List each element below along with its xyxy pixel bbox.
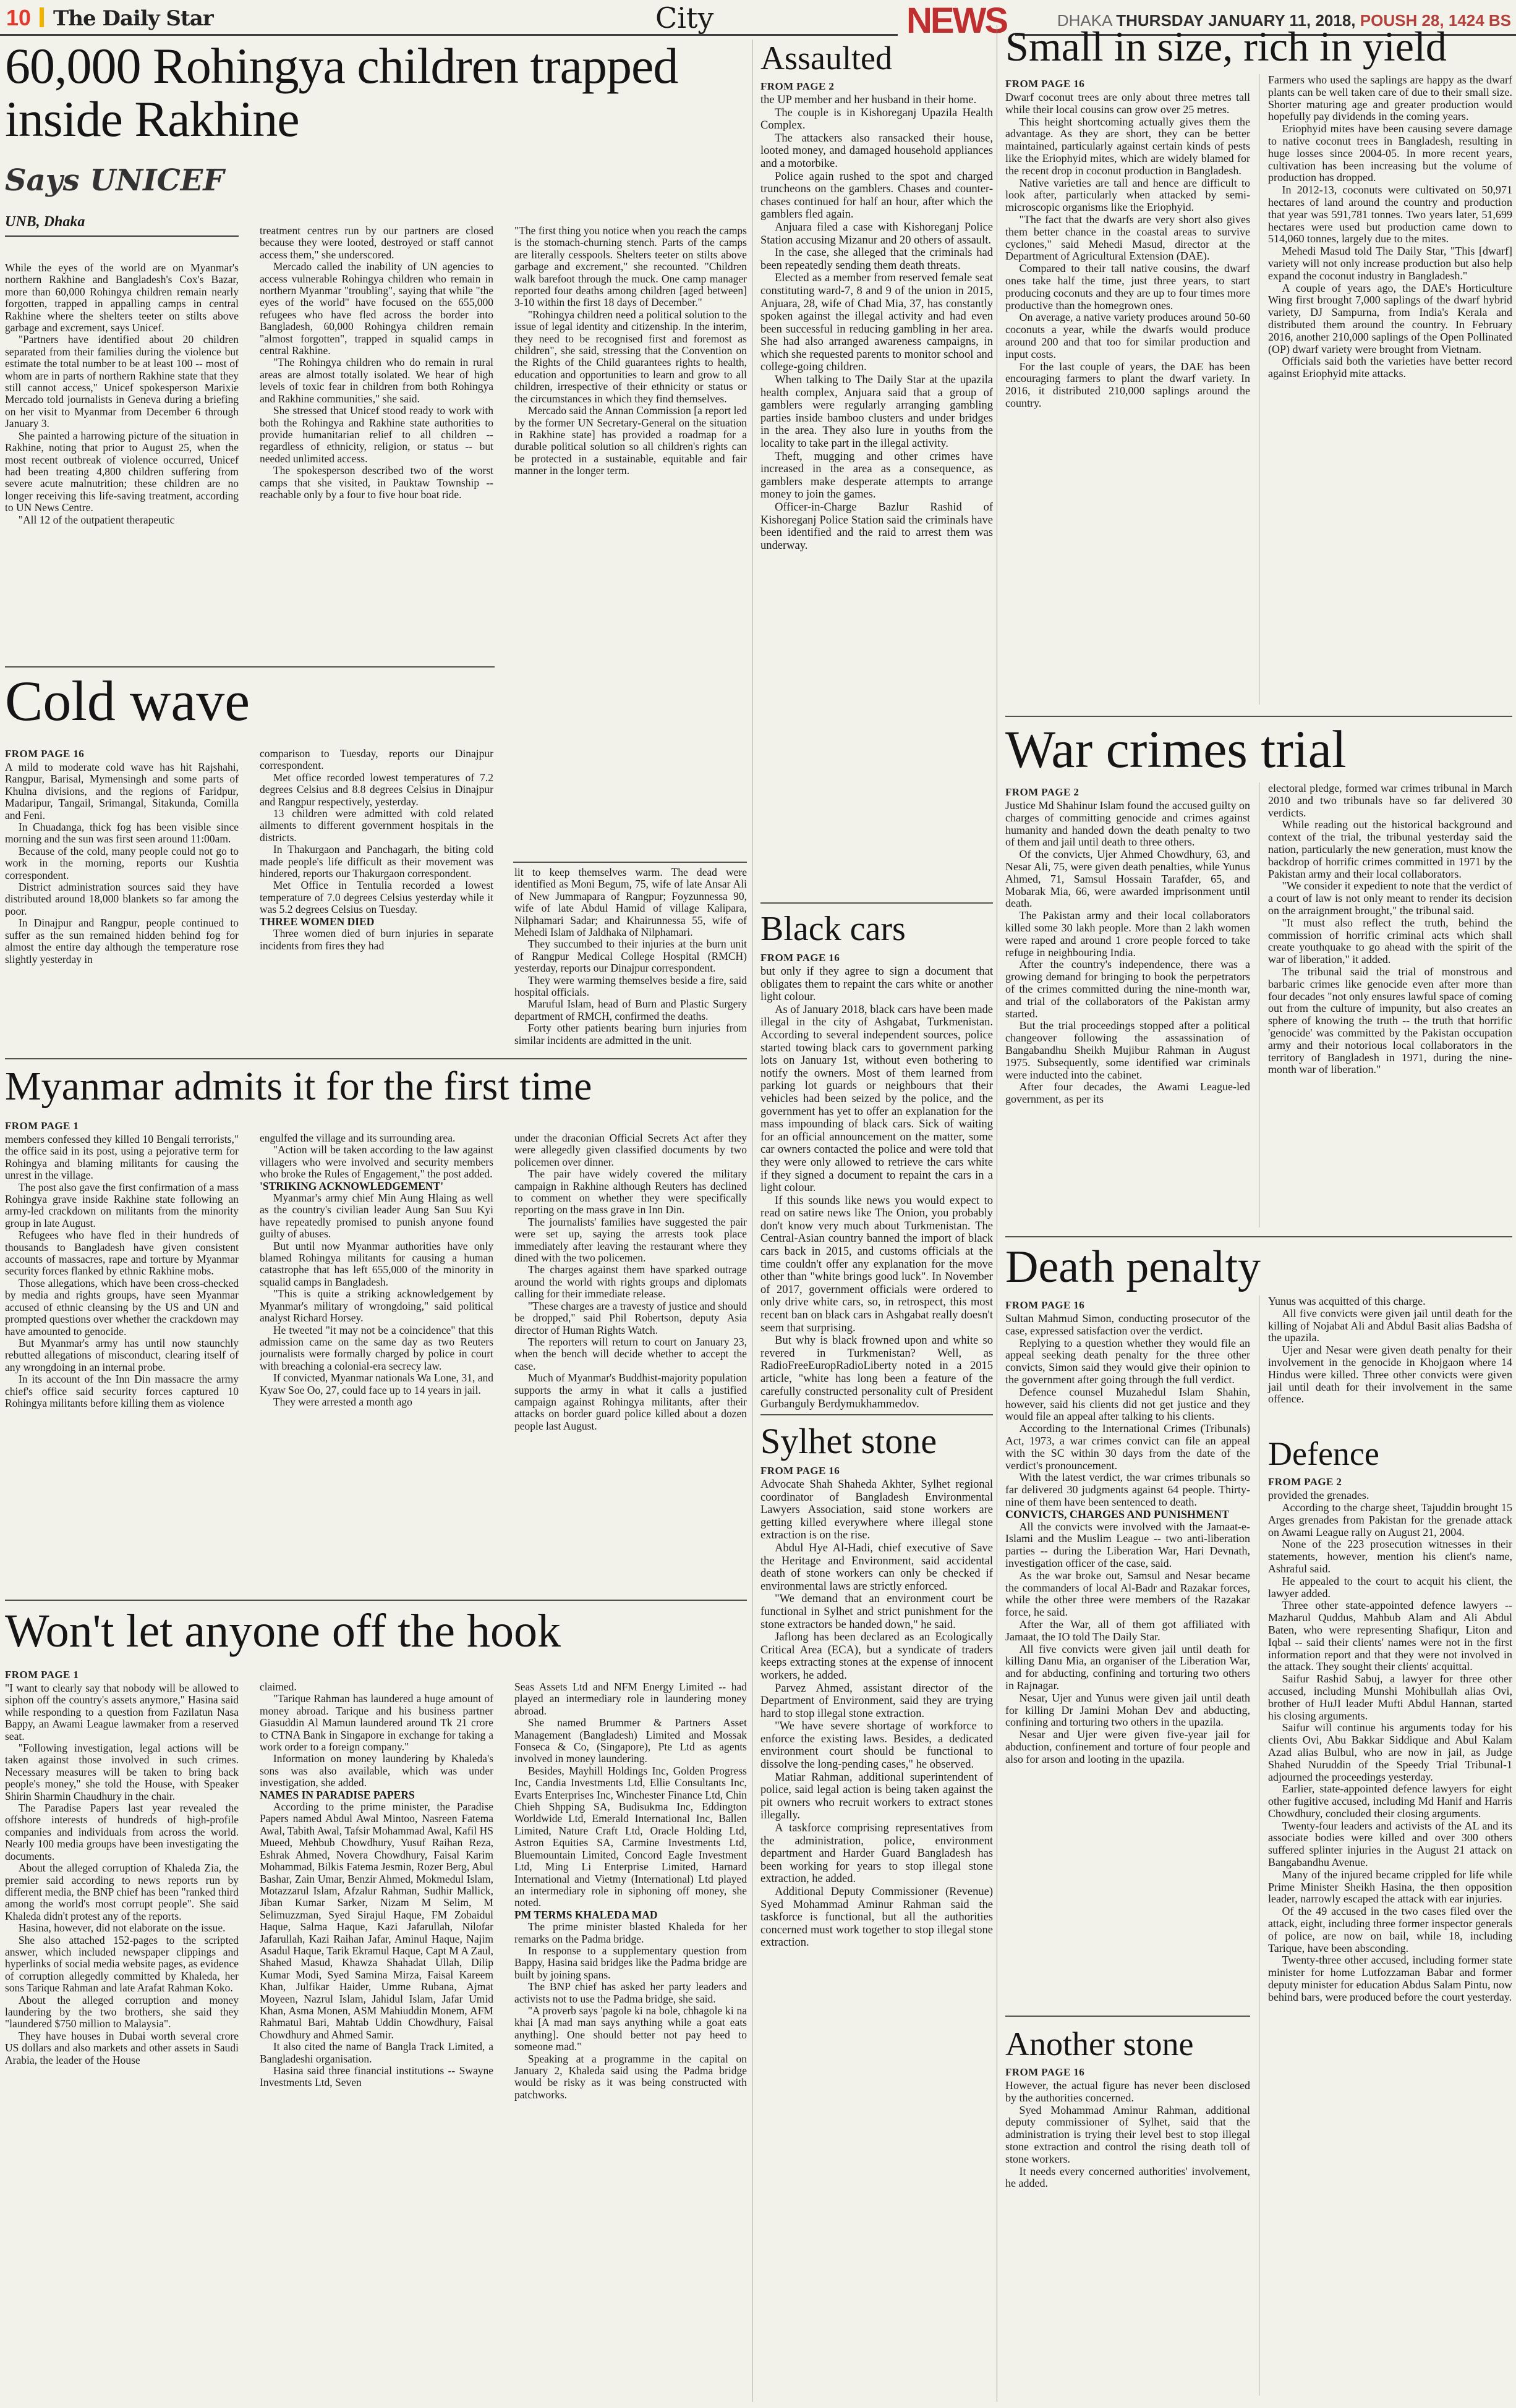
paragraph: All five convicts were given jail until … <box>1268 1308 1512 1344</box>
paragraph: "Tarique Rahman has laundered a huge amo… <box>260 1693 493 1753</box>
paragraph: Saifur Rashid Sabuj, a lawyer for three … <box>1268 1673 1512 1722</box>
paragraph: "The fact that the dwarfs are very short… <box>1005 214 1250 263</box>
paragraph: Myanmar's army chief Min Aung Hlaing as … <box>260 1192 493 1240</box>
paragraph: Mehedi Masud told The Daily Star, "This … <box>1268 245 1512 282</box>
paragraph: They succumbed to their injuries at the … <box>514 938 747 974</box>
paragraph: Mercado said the Annan Commission [a rep… <box>514 405 747 477</box>
paragraph: "Rohingya children need a political solu… <box>514 309 747 405</box>
paragraph: Anjuara filed a case with Kishoreganj Po… <box>760 221 993 247</box>
paragraph: "Partners have identified about 20 child… <box>5 334 239 430</box>
headline-cold-wave: Cold wave <box>5 671 747 731</box>
paragraph: Additional Deputy Commissioner (Revenue)… <box>760 1886 993 1949</box>
paragraph: members confessed they killed 10 Bengali… <box>5 1134 239 1182</box>
article-myanmar-admits: Myanmar admits it for the first time FRO… <box>5 1064 747 1597</box>
paragraph: The couple is in Kishoreganj Upazila Hea… <box>760 107 993 132</box>
headline-assaulted: Assaulted <box>760 40 993 77</box>
myanmar-col-1-wrap: FROM PAGE 1 members confessed they kille… <box>5 1116 239 1595</box>
paragraph: Three other state-appointed defence lawy… <box>1268 1600 1512 1673</box>
paragraph: Twenty-three other accused, including fo… <box>1268 1954 1512 2003</box>
paragraph: Refugees who have fled in their hundreds… <box>5 1229 239 1278</box>
paragraph: Many of the injured became crippled for … <box>1268 1869 1512 1906</box>
paragraph: All five convicts were given jail until … <box>1005 1643 1250 1692</box>
headline-black-cars: Black cars <box>760 910 993 948</box>
kicker-from-page: FROM PAGE 16 <box>5 748 239 760</box>
article-sylhet-stone: Sylhet stone FROM PAGE 16 Advocate Shah … <box>760 1414 993 2378</box>
paragraph: With the latest verdict, the war crimes … <box>1005 1472 1250 1508</box>
paragraph: "A proverb says 'pagole ki na bole, chha… <box>514 2005 747 2053</box>
myanmar-col-1: members confessed they killed 10 Bengali… <box>5 1134 239 1409</box>
paragraph: If this sounds like news you would expec… <box>760 1195 993 1335</box>
war-crimes-col-2: electoral pledge, formed war crimes trib… <box>1259 782 1512 1227</box>
paragraph: Of the 49 accused in the two cases filed… <box>1268 1906 1512 1954</box>
paragraph: While reading out the historical backgro… <box>1268 819 1512 880</box>
paragraph: For the last couple of years, the DAE ha… <box>1005 361 1250 410</box>
war-crimes-col-1-wrap: FROM PAGE 2 Justice Md Shahinur Islam fo… <box>1005 782 1259 1227</box>
kicker-from-page: FROM PAGE 16 <box>1005 78 1250 90</box>
paragraph: "This is quite a striking acknowledgemen… <box>260 1288 493 1324</box>
paragraph: The reporters will return to court on Ja… <box>514 1336 747 1372</box>
kicker-from-page: FROM PAGE 16 <box>1005 1299 1250 1312</box>
paragraph: Maruful Islam, head of Burn and Plastic … <box>514 998 747 1022</box>
headline-wont-let: Won't let anyone off the hook <box>5 1606 747 1656</box>
paragraph: When talking to The Daily Star at the up… <box>760 374 993 451</box>
paragraph: He tweeted "it may not be a coincidence"… <box>260 1325 493 1373</box>
paragraph: "We consider it expedient to note that t… <box>1268 880 1512 917</box>
paragraph: Justice Md Shahinur Islam found the accu… <box>1005 800 1250 849</box>
paragraph: They have houses in Dubai worth several … <box>5 2030 239 2066</box>
article-another-stone: Another stone FROM PAGE 16 However, the … <box>1005 2016 1250 2190</box>
paragraph: NAMES IN PARADISE PAPERS <box>260 1789 493 1801</box>
paragraph: "All 12 of the outpatient therapeutic <box>5 514 239 526</box>
paragraph: According to the International Crimes (T… <box>1005 1423 1250 1472</box>
paragraph: Of the convicts, Ujer Ahmed Chowdhury, 6… <box>1005 849 1250 910</box>
paragraph: The Paradise Papers last year revealed t… <box>5 1802 239 1862</box>
masthead-logo: The Daily Star <box>53 6 213 31</box>
paragraph: On average, a native variety produces ar… <box>1005 312 1250 360</box>
paragraph: He appealed to the court to acquit his c… <box>1268 1575 1512 1600</box>
middle-column-strip: Assaulted FROM PAGE 2 the UP member and … <box>760 40 993 2404</box>
paragraph: The attackers also ransacked their house… <box>760 132 993 171</box>
headline-rohingya: 60,000 Rohingya children trapped inside … <box>5 40 747 146</box>
paragraph: About the alleged corruption and money l… <box>5 1995 239 2030</box>
kicker-from-page: FROM PAGE 1 <box>5 1669 239 1681</box>
paragraph: Defence counsel Muzahedul Islam Shahin, … <box>1005 1386 1250 1423</box>
paragraph: Officials said both the varieties have b… <box>1268 355 1512 380</box>
paragraph: the UP member and her husband in their h… <box>760 94 993 107</box>
wont-let-col-3: Seas Assets Ltd and NFM Energy Limited -… <box>514 1681 747 2401</box>
kicker-from-page: FROM PAGE 16 <box>760 1465 993 1477</box>
paragraph: She stressed that Unicef stood ready to … <box>260 405 493 465</box>
paragraph: The Pakistan army and their local collab… <box>1005 910 1250 959</box>
death-penalty-col-2-wrap: Yunus was acquitted of this charge.All f… <box>1259 1295 1512 2396</box>
rohingya-col-2: treatment centres run by our partners ar… <box>260 225 493 667</box>
paragraph: Native varieties are tall and hence are … <box>1005 177 1250 214</box>
paragraph: This height shortcoming actually gives t… <box>1005 116 1250 177</box>
paragraph: She named Brummer & Partners Asset Manag… <box>514 1717 747 1765</box>
headline-sylhet-stone: Sylhet stone <box>760 1422 993 1461</box>
paragraph: As the war broke out, Samsul and Nesar b… <box>1005 1570 1250 1619</box>
paragraph: After the country's independence, there … <box>1005 959 1250 1020</box>
headline-myanmar-admits: Myanmar admits it for the first time <box>5 1064 747 1109</box>
paragraph: Hasina, however, did not elaborate on th… <box>5 1922 239 1934</box>
paragraph: Yunus was acquitted of this charge. <box>1268 1295 1512 1308</box>
headline-death-penalty: Death penalty <box>1005 1242 1512 1292</box>
paragraph: Forty other patients bearing burn injuri… <box>514 1022 747 1046</box>
page-number: 10 <box>6 5 31 31</box>
paragraph: Seas Assets Ltd and NFM Energy Limited -… <box>514 1681 747 1717</box>
wont-let-col-1: "I want to clearly say that nobody will … <box>5 1682 239 2066</box>
paragraph: A taskforce comprising representatives f… <box>760 1822 993 1886</box>
kicker-from-page: FROM PAGE 16 <box>1005 2066 1250 2079</box>
paragraph: Parvez Ahmed, assistant director of the … <box>760 1682 993 1721</box>
paragraph: The prime minister blasted Khaleda for h… <box>514 1921 747 1945</box>
paragraph: PM TERMS KHALEDA MAD <box>514 1909 747 1921</box>
paragraph: claimed. <box>260 1681 493 1693</box>
paragraph: In Chuadanga, thick fog has been visible… <box>5 821 239 846</box>
paragraph: But why is black frowned upon and white … <box>760 1334 993 1411</box>
paragraph: Elected as a member from reserved female… <box>760 272 993 374</box>
paragraph: Nesar and Ujer were given five-year jail… <box>1005 1729 1250 1765</box>
cold-wave-col-3: lit to keep themselves warm. The dead we… <box>514 867 747 1053</box>
paragraph: "It must also reflect the truth, behind … <box>1268 917 1512 966</box>
column-divider <box>752 40 752 2402</box>
section-rule <box>5 1058 747 1059</box>
section-rule <box>1005 1236 1512 1237</box>
paragraph: Because of the cold, many people could n… <box>5 846 239 881</box>
small-in-size-col-1: Dwarf coconut trees are only about three… <box>1005 91 1250 410</box>
paragraph: Matiar Rahman, additional superintendent… <box>760 1771 993 1822</box>
article-assaulted: Assaulted FROM PAGE 2 the UP member and … <box>760 40 993 902</box>
paragraph: It needs every concerned authorities' in… <box>1005 2166 1250 2190</box>
paragraph: The charges against them have sparked ou… <box>514 1264 747 1300</box>
paragraph: comparison to Tuesday, reports our Dinaj… <box>260 748 493 772</box>
kicker-from-page: FROM PAGE 2 <box>760 80 993 93</box>
paragraph: According to the prime minister, the Par… <box>260 1801 493 2041</box>
paragraph: Three women died of burn injuries in sep… <box>260 928 493 952</box>
section-rule <box>5 1600 747 1601</box>
sylhet-stone-body: Advocate Shah Shaheda Akhter, Sylhet reg… <box>760 1478 993 1949</box>
paragraph: A couple of years ago, the DAE's Horticu… <box>1268 282 1512 356</box>
small-in-size-col-1-wrap: FROM PAGE 16 Dwarf coconut trees are onl… <box>1005 74 1259 705</box>
paragraph: Nesar, Ujer and Yunus were given jail un… <box>1005 1692 1250 1729</box>
headline-small-in-size: Small in size, rich in yield <box>1005 23 1512 69</box>
paragraph: Speaking at a programme in the capital o… <box>514 2053 747 2101</box>
paragraph: The journalists' families have suggested… <box>514 1216 747 1265</box>
paragraph: But the trial proceedings stopped after … <box>1005 1020 1250 1081</box>
small-in-size-col-2: Farmers who used the saplings are happy … <box>1259 74 1512 705</box>
paragraph: District administration sources said the… <box>5 881 239 917</box>
yellow-divider-bar <box>40 7 44 27</box>
paragraph: About the alleged corruption of Khaleda … <box>5 1862 239 1922</box>
paragraph: "We have severe shortage of workforce to… <box>760 1720 993 1771</box>
article-war-crimes-trial: War crimes trial FROM PAGE 2 Justice Md … <box>1005 721 1512 1235</box>
kicker-from-page: FROM PAGE 1 <box>5 1120 239 1132</box>
paragraph: but only if they agree to sign a documen… <box>760 965 993 1004</box>
paragraph: THREE WOMEN DIED <box>260 916 493 928</box>
article-wont-let-anyone: Won't let anyone off the hook FROM PAGE … <box>5 1606 747 2403</box>
paragraph: However, the actual figure has never bee… <box>1005 2080 1250 2105</box>
paragraph: While the eyes of the world are on Myanm… <box>5 262 239 334</box>
paragraph: CONVICTS, CHARGES AND PUNISHMENT <box>1005 1509 1250 1521</box>
article-death-penalty: Death penalty FROM PAGE 16 Sultan Mahmud… <box>1005 1242 1512 2402</box>
paragraph: Jaflong has been declared as an Ecologic… <box>760 1631 993 1682</box>
paragraph: Much of Myanmar's Buddhist-majority popu… <box>514 1372 747 1432</box>
paragraph: She painted a harrowing picture of the s… <box>5 430 239 514</box>
paragraph: "I want to clearly say that nobody will … <box>5 1682 239 1742</box>
myanmar-col-2: engulfed the village and its surrounding… <box>260 1132 493 1596</box>
paragraph: They were warming themselves beside a fi… <box>514 975 747 999</box>
paragraph: Replying to a question whether they woul… <box>1005 1338 1250 1386</box>
paragraph: According to the charge sheet, Tajuddin … <box>1268 1502 1512 1538</box>
paragraph: If convicted, Myanmar nationals Wa Lone,… <box>260 1372 493 1396</box>
paragraph: In 2012-13, coconuts were cultivated on … <box>1268 184 1512 245</box>
cold-wave-col-1: A mild to moderate cold wave has hit Raj… <box>5 761 239 965</box>
myanmar-col-3: under the draconian Official Secrets Act… <box>514 1132 747 1596</box>
paragraph: Met office recorded lowest temperatures … <box>260 772 493 808</box>
another-stone-body: However, the actual figure has never bee… <box>1005 2080 1250 2190</box>
paragraph: The tribunal said the trial of monstrous… <box>1268 966 1512 1076</box>
paragraph: Earlier, state-appointed defence lawyers… <box>1268 1783 1512 1820</box>
paragraph: As of January 2018, black cars have been… <box>760 1004 993 1195</box>
paragraph: provided the grenades. <box>1268 1490 1512 1502</box>
cold-wave-col-1-wrap: FROM PAGE 16 A mild to moderate cold wav… <box>5 744 239 1053</box>
paragraph: "These charges are a travesty of justice… <box>514 1300 747 1336</box>
paragraph: lit to keep themselves warm. The dead we… <box>514 867 747 938</box>
paragraph: But Myanmar's army has until now staunch… <box>5 1338 239 1373</box>
paragraph: In its account of the Inn Din massacre t… <box>5 1373 239 1409</box>
paragraph: The spokesperson described two of the wo… <box>260 465 493 501</box>
paragraph: But until now Myanmar authorities have o… <box>260 1240 493 1289</box>
paragraph: Met Office in Tentulia recorded a lowest… <box>260 880 493 915</box>
paragraph: Information on money laundering by Khale… <box>260 1753 493 1789</box>
kicker-says-unicef: Says UNICEF <box>5 163 239 198</box>
war-crimes-col-1: Justice Md Shahinur Islam found the accu… <box>1005 800 1250 1106</box>
paragraph: Farmers who used the saplings are happy … <box>1268 74 1512 123</box>
paragraph: Saifur will continue his arguments today… <box>1268 1722 1512 1783</box>
rohingya-col-1: While the eyes of the world are on Myanm… <box>5 262 239 667</box>
paragraph: Abdul Hye Al-Hadi, chief executive of Sa… <box>760 1542 993 1593</box>
paragraph: "Following investigation, legal actions … <box>5 1742 239 1802</box>
kicker-from-page: FROM PAGE 2 <box>1268 1476 1512 1488</box>
paragraph: In the case, she alleged that the crimin… <box>760 247 993 272</box>
kicker-from-page: FROM PAGE 2 <box>1005 786 1250 799</box>
article-cold-wave: Cold wave FROM PAGE 16 A mild to moderat… <box>5 671 747 1056</box>
paragraph: After four decades, the Awami League-led… <box>1005 1081 1250 1106</box>
paragraph: Compared to their tall native cousins, t… <box>1005 263 1250 312</box>
paragraph: It also cited the name of Bangla Track L… <box>260 2041 493 2065</box>
paragraph: Besides, Mayhill Holdings Inc, Golden Pr… <box>514 1765 747 1909</box>
paragraph: Twenty-four leaders and activists of the… <box>1268 1820 1512 1869</box>
kicker-from-page: FROM PAGE 16 <box>760 952 993 964</box>
death-penalty-col-1-wrap: FROM PAGE 16 Sultan Mahmud Simon, conduc… <box>1005 1295 1259 2396</box>
paragraph: Officer-in-Charge Bazlur Rashid of Kisho… <box>760 501 993 552</box>
article-small-in-size: Small in size, rich in yield FROM PAGE 1… <box>1005 23 1512 714</box>
headline-war-crimes: War crimes trial <box>1005 721 1512 778</box>
paragraph: In response to a supplementary question … <box>514 1945 747 1981</box>
headline-defence: Defence <box>1268 1435 1512 1472</box>
black-cars-body: but only if they agree to sign a documen… <box>760 965 993 1411</box>
news-label: NEWS <box>898 4 1015 38</box>
paragraph: Police again rushed to the spot and char… <box>760 171 993 221</box>
paragraph: Syed Mohammad Aminur Rahman, additional … <box>1005 2105 1250 2166</box>
assaulted-body: the UP member and her husband in their h… <box>760 94 993 552</box>
paragraph: Hasina said three financial institutions… <box>260 2065 493 2089</box>
paragraph: 'STRIKING ACKNOWLEDGEMENT' <box>260 1181 493 1192</box>
paragraph: In Dinajpur and Rangpur, people continue… <box>5 917 239 965</box>
death-penalty-col-2: Yunus was acquitted of this charge.All f… <box>1268 1295 1512 1405</box>
death-penalty-col-1: Sultan Mahmud Simon, conducting prosecut… <box>1005 1313 1250 1765</box>
paragraph: under the draconian Official Secrets Act… <box>514 1132 747 1168</box>
article-black-cars: Black cars FROM PAGE 16 but only if they… <box>760 902 993 1414</box>
paragraph: Theft, mugging and other crimes have inc… <box>760 451 993 501</box>
section-rule <box>1005 716 1512 717</box>
article-defence: Defence FROM PAGE 2 provided the grenade… <box>1268 1435 1512 2003</box>
paragraph: Those allegations, which have been cross… <box>5 1278 239 1338</box>
wont-let-col-2: claimed."Tarique Rahman has laundered a … <box>260 1681 493 2401</box>
paragraph: The post also gave the first confirmatio… <box>5 1182 239 1230</box>
paragraph: Dwarf coconut trees are only about three… <box>1005 91 1250 116</box>
paragraph: A mild to moderate cold wave has hit Raj… <box>5 761 239 821</box>
section-title: City <box>655 1 713 35</box>
paragraph: "We demand that an environment court be … <box>760 1593 993 1631</box>
paragraph: electoral pledge, formed war crimes trib… <box>1268 782 1512 819</box>
paragraph: Ujer and Nesar were given death penalty … <box>1268 1344 1512 1405</box>
column-divider <box>997 25 997 2402</box>
defence-body: provided the grenades.According to the c… <box>1268 1490 1512 2003</box>
paragraph: All the convicts were involved with the … <box>1005 1521 1250 1570</box>
paragraph: "Action will be taken according to the l… <box>260 1144 493 1180</box>
cold-wave-col-2: comparison to Tuesday, reports our Dinaj… <box>260 748 493 1053</box>
paragraph: Sultan Mahmud Simon, conducting prosecut… <box>1005 1313 1250 1338</box>
headline-another-stone: Another stone <box>1005 2025 1250 2062</box>
paragraph: After the War, all of them got affiliate… <box>1005 1619 1250 1643</box>
byline: UNB, Dhaka <box>5 214 239 237</box>
paragraph: None of the 223 prosecution witnesses in… <box>1268 1538 1512 1575</box>
paragraph: The pair have widely covered the militar… <box>514 1168 747 1216</box>
paragraph: 13 children were admitted with cold rela… <box>260 808 493 844</box>
paragraph: She also attached 152-pages to the scrip… <box>5 1935 239 1995</box>
paragraph: They were arrested a month ago <box>260 1396 493 1408</box>
paragraph: engulfed the village and its surrounding… <box>260 1132 493 1144</box>
paragraph: In Thakurgaon and Panchagarh, the biting… <box>260 844 493 880</box>
paragraph: Advocate Shah Shaheda Akhter, Sylhet reg… <box>760 1478 993 1542</box>
paragraph: "The first thing you notice when you rea… <box>514 225 747 309</box>
paragraph: Mercado called the inability of UN agenc… <box>260 261 493 357</box>
paragraph: Eriophyid mites have been causing severe… <box>1268 123 1512 184</box>
wont-let-col-1-wrap: FROM PAGE 1 "I want to clearly say that … <box>5 1665 239 2401</box>
paragraph: The BNP chief has asked her party leader… <box>514 1981 747 2005</box>
paragraph: "The Rohingya children who do remain in … <box>260 357 493 405</box>
paragraph: treatment centres run by our partners ar… <box>260 225 493 261</box>
